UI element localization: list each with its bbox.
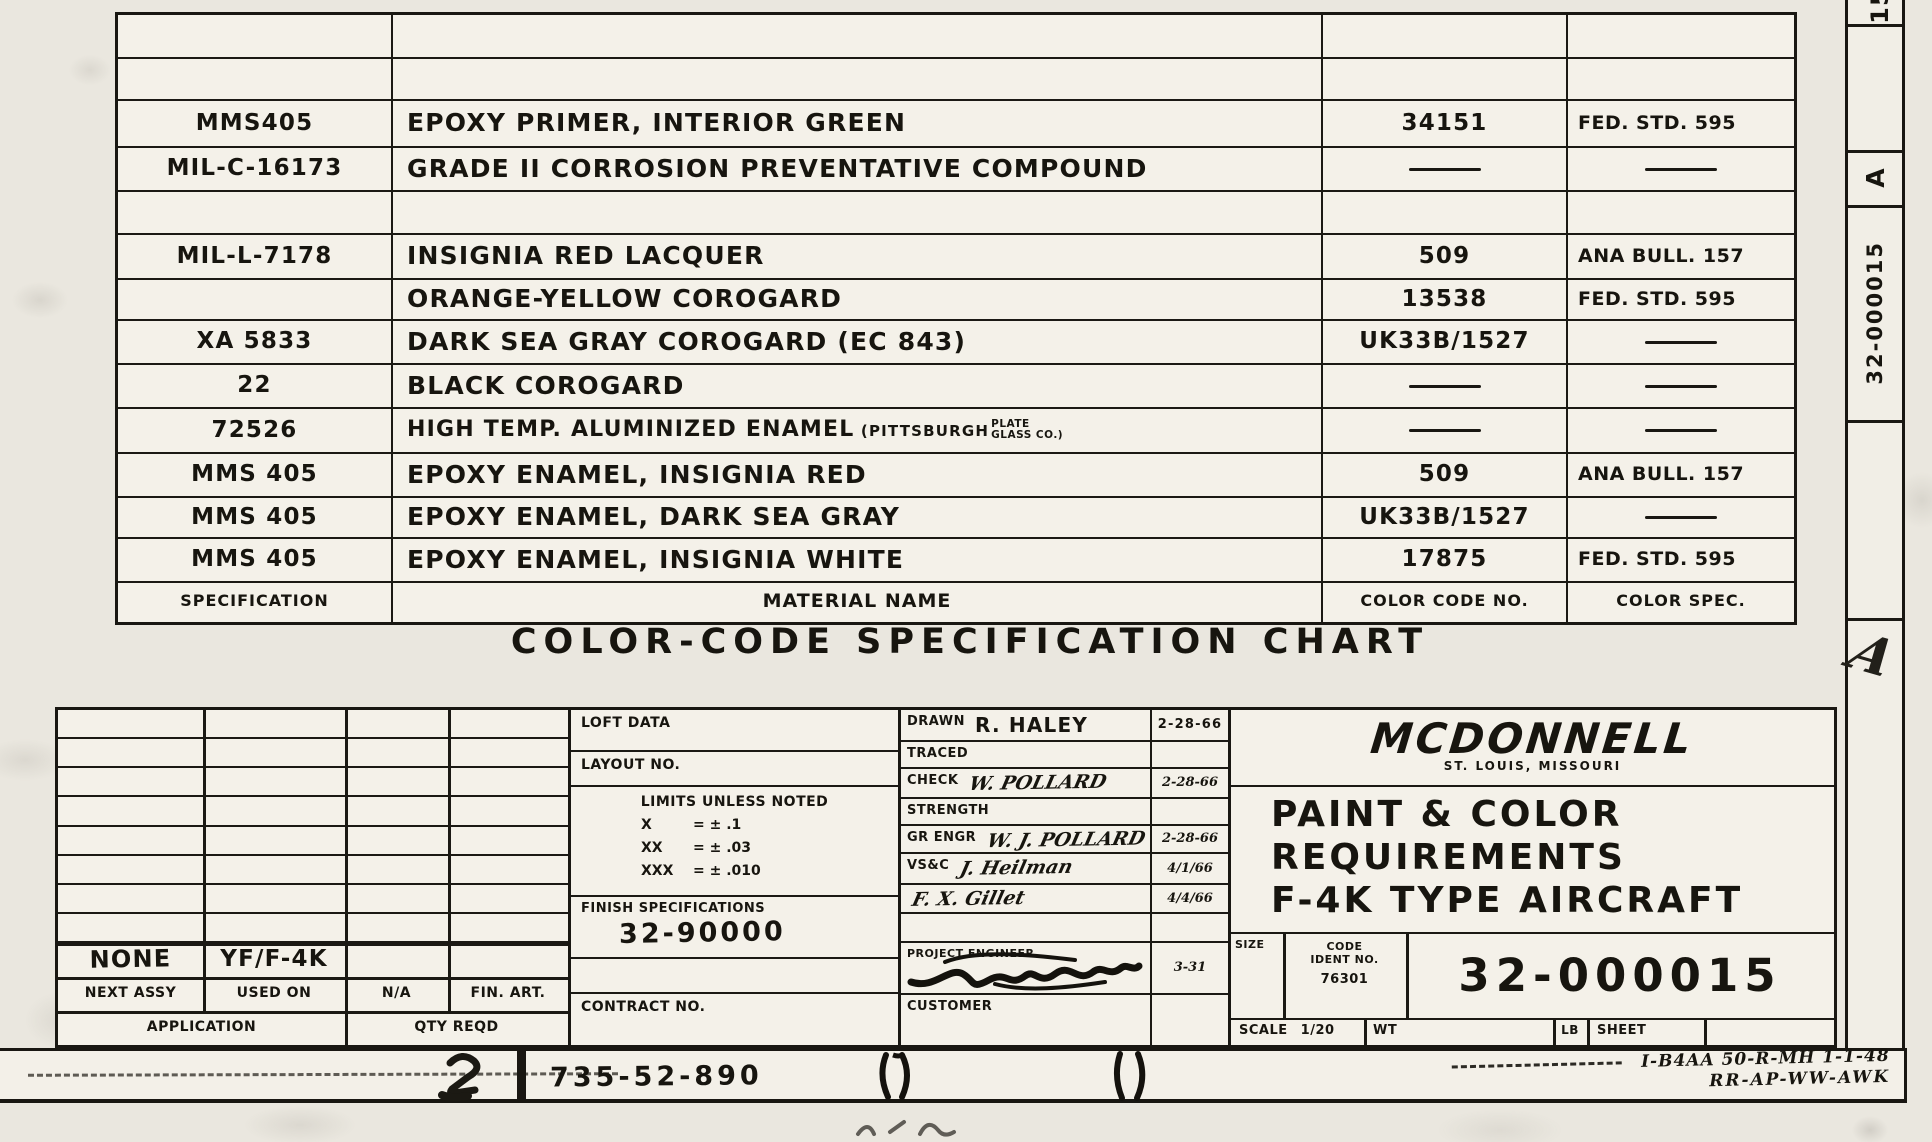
- spec-cell-material: [391, 192, 1321, 233]
- approval-row: VS&CJ. Heilman4/1/66: [901, 854, 1228, 885]
- spec-cell-code: COLOR CODE NO.: [1321, 583, 1566, 622]
- approval-date-cell: 4/1/66: [1150, 854, 1228, 883]
- company-block: MCDONNELL ST. LOUIS, MISSOURI PAINT & CO…: [1228, 710, 1834, 1045]
- application-label: APPLICATION: [58, 1011, 345, 1043]
- approval-date-cell: 3-31: [1150, 943, 1228, 993]
- staple-mark-1: [868, 1051, 938, 1101]
- approval-name: R. HALEY: [965, 710, 1088, 737]
- used-on-label: USED ON: [203, 977, 345, 1009]
- approval-body: CUSTOMER: [901, 995, 1152, 1045]
- project-engineer-signature: [905, 948, 1145, 993]
- spec-cell-color_spec: [1566, 59, 1794, 99]
- code-ident-value: 76301: [1283, 972, 1406, 987]
- drawing-title-line-2: REQUIREMENTS: [1231, 835, 1834, 878]
- spec-cell-color_spec: [1566, 15, 1794, 57]
- spec-table-row: MMS405EPOXY PRIMER, INTERIOR GREEN34151F…: [118, 101, 1794, 148]
- spec-cell-code: [1321, 365, 1566, 407]
- approval-row: STRENGTH: [901, 799, 1228, 826]
- spec-table-row: [118, 59, 1794, 101]
- spec-cell-color_spec: [1566, 321, 1794, 363]
- approval-name: W. J. POLLARD: [973, 826, 1148, 852]
- spec-cell-spec: [118, 192, 391, 233]
- application-empty-row: [58, 885, 568, 914]
- approval-row: DRAWNR. HALEY2-28-66: [901, 710, 1228, 742]
- spec-table-row: MIL-L-7178INSIGNIA RED LACQUER509ANA BUL…: [118, 235, 1794, 280]
- spec-cell-spec: [118, 59, 391, 99]
- spec-cell-color_spec: ANA BULL. 157: [1566, 235, 1794, 278]
- spec-cell-color_spec: FED. STD. 595: [1566, 280, 1794, 319]
- finish-spec-value: 32-90000: [571, 913, 899, 951]
- drawing-title-line-3: F-4K TYPE AIRCRAFT: [1231, 878, 1834, 921]
- next-assy-label: NEXT ASSY: [58, 977, 203, 1009]
- approval-date-cell: [1150, 914, 1228, 941]
- spec-table-row: XA 5833DARK SEA GRAY COROGARD (EC 843)UK…: [118, 321, 1794, 365]
- dash-mark: [1645, 429, 1717, 433]
- approval-date: 2-28-66: [1158, 717, 1222, 732]
- spec-cell-material: [391, 15, 1321, 57]
- limits-dim: X: [641, 814, 693, 837]
- approval-label: TRACED: [901, 742, 968, 761]
- spec-cell-material: ORANGE-YELLOW COROGARD: [391, 280, 1321, 319]
- contract-no-label: CONTRACT NO.: [571, 994, 898, 1015]
- approval-body: STRENGTH: [901, 799, 1152, 824]
- spec-cell-spec: MMS405: [118, 101, 391, 146]
- right-margin-strip: 15 A 32-000015 A: [1845, 0, 1905, 1048]
- limits-tolerance: = ± .1: [693, 814, 741, 837]
- spec-cell-code: UK33B/1527: [1321, 498, 1566, 537]
- approval-body: CHECKW. POLLARD: [901, 769, 1152, 797]
- dash-mark: [1645, 516, 1717, 520]
- approval-date-cell: 2-28-66: [1150, 710, 1228, 740]
- approval-body: TRACED: [901, 742, 1152, 767]
- approval-date-cell: 2-28-66: [1150, 826, 1228, 852]
- spec-cell-code: 509: [1321, 235, 1566, 278]
- wt-label: WT: [1373, 1023, 1397, 1038]
- pencil-doodle: [412, 1051, 516, 1103]
- approval-body: DRAWNR. HALEY: [901, 710, 1152, 740]
- application-empty-row: [58, 739, 568, 768]
- application-empty-row: [58, 797, 568, 826]
- spec-cell-code: 17875: [1321, 539, 1566, 581]
- approval-date-cell: 2-28-66: [1150, 769, 1228, 797]
- approval-label: CHECK: [901, 769, 958, 788]
- spec-table-row: [118, 15, 1794, 59]
- approval-date: 4/1/66: [1167, 861, 1213, 876]
- revision-letter-mark: A: [1838, 622, 1906, 688]
- dash-mark: [1409, 385, 1481, 389]
- scale-value: 1/20: [1301, 1023, 1335, 1038]
- approval-date-cell: 4/4/66: [1150, 885, 1228, 912]
- spec-cell-code: [1321, 192, 1566, 233]
- approval-date-cell: [1150, 799, 1228, 824]
- approval-date: 4/4/66: [1167, 891, 1213, 906]
- approval-name: J. Heilman: [946, 854, 1076, 880]
- spec-cell-spec: SPECIFICATION: [118, 583, 391, 622]
- spec-cell-color_spec: FED. STD. 595: [1566, 539, 1794, 581]
- size-label: SIZE: [1235, 938, 1265, 951]
- spec-cell-color_spec: [1566, 365, 1794, 407]
- approval-name: W. POLLARD: [955, 769, 1110, 795]
- approval-date: 2-28-66: [1162, 831, 1218, 846]
- spec-cell-spec: [118, 280, 391, 319]
- approval-date: 2-28-66: [1162, 775, 1218, 790]
- bottom-strip: 735-52-890 I-B4AA 50-R-MH 1-1-48 RR-AP-W…: [0, 1048, 1907, 1103]
- spec-cell-spec: 72526: [118, 409, 391, 452]
- spec-table-row: MMS 405EPOXY ENAMEL, INSIGNIA RED509ANA …: [118, 454, 1794, 498]
- cut-off-number: 15: [1848, 0, 1902, 24]
- application-divider-3: [448, 710, 451, 1011]
- approval-row: CUSTOMER: [901, 995, 1228, 1045]
- spec-cell-color_spec: FED. STD. 595: [1566, 101, 1794, 146]
- spec-cell-material: INSIGNIA RED LACQUER: [391, 235, 1321, 278]
- loft-limits-block: LOFT DATA LAYOUT NO. LIMITS UNLESS NOTED…: [568, 710, 898, 1045]
- next-assy-value: NONE: [58, 942, 204, 979]
- spec-cell-material: DARK SEA GRAY COROGARD (EC 843): [391, 321, 1321, 363]
- chart-title: COLOR-CODE SPECIFICATION CHART: [430, 622, 1510, 662]
- application-empty-row: [58, 768, 568, 797]
- limits-lines: X= ± .1XX= ± .03XXX= ± .010: [571, 810, 898, 883]
- spec-cell-material: EPOXY ENAMEL, INSIGNIA WHITE: [391, 539, 1321, 581]
- loft-empty-row: [571, 959, 898, 994]
- limits-tolerance: = ± .010: [693, 860, 761, 883]
- spec-cell-code: [1321, 59, 1566, 99]
- title-block: NONE YF/F-4K NEXT ASSY USED ON N/A FIN. …: [55, 707, 1837, 1048]
- approval-label: DRAWN: [901, 710, 965, 729]
- approval-row: [901, 914, 1228, 943]
- application-empty-row: [58, 827, 568, 856]
- qty-reqd-label: QTY REQD: [345, 1011, 568, 1043]
- spec-cell-spec: MMS 405: [118, 454, 391, 496]
- spec-cell-spec: XA 5833: [118, 321, 391, 363]
- approval-label: VS&C: [901, 854, 949, 873]
- spec-table-row: ORANGE-YELLOW COROGARD13538FED. STD. 595: [118, 280, 1794, 321]
- drawing-title-line-1: PAINT & COLOR: [1231, 787, 1834, 835]
- spec-cell-color_spec: [1566, 192, 1794, 233]
- thick-divider-bar: [517, 1051, 526, 1099]
- vertical-drawing-number: 32-000015: [1848, 205, 1902, 420]
- approval-row: GR ENGRW. J. POLLARD2-28-66: [901, 826, 1228, 854]
- spec-cell-spec: MMS 405: [118, 539, 391, 581]
- spec-table-row: MMS 405EPOXY ENAMEL, INSIGNIA WHITE17875…: [118, 539, 1794, 583]
- spec-cell-code: [1321, 148, 1566, 190]
- limits-dim: XXX: [641, 860, 693, 883]
- spec-cell-color_spec: [1566, 409, 1794, 452]
- approval-body: PROJECT ENGINEER: [901, 943, 1152, 993]
- spec-table-row: MMS 405EPOXY ENAMEL, DARK SEA GRAYUK33B/…: [118, 498, 1794, 539]
- approval-label: GR ENGR: [901, 826, 976, 845]
- approval-label: CUSTOMER: [901, 995, 992, 1014]
- handwritten-notes: I-B4AA 50-R-MH 1-1-48 RR-AP-WW-AWK: [1220, 1046, 1891, 1103]
- spec-cell-color_spec: [1566, 498, 1794, 537]
- used-on-value: YF/F-4K: [203, 943, 345, 977]
- zone-letter: A: [1848, 150, 1902, 205]
- spec-cell-material: EPOXY PRIMER, INTERIOR GREEN: [391, 101, 1321, 146]
- handnote-predash: [1452, 1061, 1622, 1068]
- spec-table-row: 22BLACK COROGARD: [118, 365, 1794, 409]
- drawing-number: 32-000015: [1406, 934, 1834, 1020]
- spec-cell-color_spec: COLOR SPEC.: [1566, 583, 1794, 622]
- spec-cell-spec: MIL-L-7178: [118, 235, 391, 278]
- approval-date-cell: [1150, 995, 1228, 1045]
- spec-cell-material: MATERIAL NAME: [391, 583, 1321, 622]
- stray-pencil-mark: [850, 1114, 970, 1142]
- na-label: N/A: [345, 977, 448, 1009]
- layout-no-label: LAYOUT NO.: [571, 752, 898, 773]
- scale-label: SCALE: [1239, 1023, 1288, 1038]
- spec-cell-spec: [118, 15, 391, 57]
- spec-table-row: MIL-C-16173GRADE II CORROSION PREVENTATI…: [118, 148, 1794, 192]
- spec-cell-spec: MMS 405: [118, 498, 391, 537]
- approval-name: F. X. Gillet: [901, 885, 1028, 911]
- spec-cell-material: EPOXY ENAMEL, INSIGNIA RED: [391, 454, 1321, 496]
- spec-table-row: [118, 192, 1794, 235]
- limits-line: XXX= ± .010: [641, 860, 898, 883]
- material-note-stack: PLATEGLASS CO.): [991, 419, 1063, 441]
- application-empty-row: [58, 856, 568, 885]
- spec-table-header-row: SPECIFICATIONMATERIAL NAMECOLOR CODE NO.…: [118, 583, 1794, 622]
- drawing-sheet: MMS405EPOXY PRIMER, INTERIOR GREEN34151F…: [0, 0, 1932, 1142]
- spec-cell-spec: 22: [118, 365, 391, 407]
- spec-cell-material: EPOXY ENAMEL, DARK SEA GRAY: [391, 498, 1321, 537]
- approval-label: STRENGTH: [901, 799, 989, 818]
- approval-date-cell: [1150, 742, 1228, 767]
- spec-cell-material: GRADE II CORROSION PREVENTATIVE COMPOUND: [391, 148, 1321, 190]
- approval-date: 3-31: [1174, 960, 1207, 975]
- sheet-label: SHEET: [1597, 1023, 1646, 1038]
- spec-cell-code: [1321, 15, 1566, 57]
- application-empty-row: [58, 710, 568, 739]
- application-empty-rows: [58, 710, 568, 943]
- approval-body: F. X. Gillet: [901, 885, 1152, 912]
- spec-cell-code: UK33B/1527: [1321, 321, 1566, 363]
- dash-mark: [1409, 168, 1481, 172]
- part-number: 735-52-890: [550, 1050, 831, 1105]
- approval-row: F. X. Gillet4/4/66: [901, 885, 1228, 914]
- approvals-block: DRAWNR. HALEY2-28-66TRACEDCHECKW. POLLAR…: [898, 710, 1228, 1045]
- color-code-spec-table: MMS405EPOXY PRIMER, INTERIOR GREEN34151F…: [115, 12, 1797, 625]
- approval-body: GR ENGRW. J. POLLARD: [901, 826, 1152, 852]
- limits-line: X= ± .1: [641, 814, 898, 837]
- limits-dim: XX: [641, 837, 693, 860]
- material-note-lead: (PITTSBURGH: [854, 422, 989, 440]
- dash-mark: [1645, 168, 1717, 172]
- code-ident-label-2: IDENT NO.: [1283, 953, 1406, 966]
- application-block: NONE YF/F-4K NEXT ASSY USED ON N/A FIN. …: [58, 710, 568, 1045]
- spec-cell-code: 13538: [1321, 280, 1566, 319]
- dash-mark: [1645, 341, 1717, 345]
- limits-title: LIMITS UNLESS NOTED: [571, 787, 898, 810]
- loft-data-label: LOFT DATA: [571, 710, 898, 731]
- dash-mark: [1645, 385, 1717, 389]
- approval-body: VS&CJ. Heilman: [901, 854, 1152, 883]
- approval-body: [901, 914, 1152, 941]
- limits-line: XX= ± .03: [641, 837, 898, 860]
- spec-cell-material: HIGH TEMP. ALUMINIZED ENAMEL (PITTSBURGH…: [391, 409, 1321, 452]
- spec-cell-code: 509: [1321, 454, 1566, 496]
- spec-table-row: 72526HIGH TEMP. ALUMINIZED ENAMEL (PITTS…: [118, 409, 1794, 454]
- spec-cell-code: [1321, 409, 1566, 452]
- spec-cell-color_spec: ANA BULL. 157: [1566, 454, 1794, 496]
- dash-mark: [1409, 429, 1481, 433]
- code-ident-label-1: CODE: [1283, 940, 1406, 953]
- lb-label: LB: [1553, 1023, 1587, 1037]
- limits-tolerance: = ± .03: [693, 837, 751, 860]
- fin-art-label: FIN. ART.: [448, 977, 568, 1009]
- spec-cell-color_spec: [1566, 148, 1794, 190]
- approval-row: PROJECT ENGINEER3-31: [901, 943, 1228, 995]
- spec-cell-material: [391, 59, 1321, 99]
- approval-row: CHECKW. POLLARD2-28-66: [901, 769, 1228, 799]
- application-empty-row: [58, 914, 568, 943]
- staple-mark-2: [1100, 1051, 1170, 1101]
- pencil-dashed-line: [28, 1072, 618, 1077]
- company-name: MCDONNELL: [1228, 710, 1837, 763]
- approval-row: TRACED: [901, 742, 1228, 769]
- spec-cell-code: 34151: [1321, 101, 1566, 146]
- spec-cell-material: BLACK COROGARD: [391, 365, 1321, 407]
- scale-cell: SCALE 1/20: [1239, 1023, 1335, 1038]
- spec-cell-spec: MIL-C-16173: [118, 148, 391, 190]
